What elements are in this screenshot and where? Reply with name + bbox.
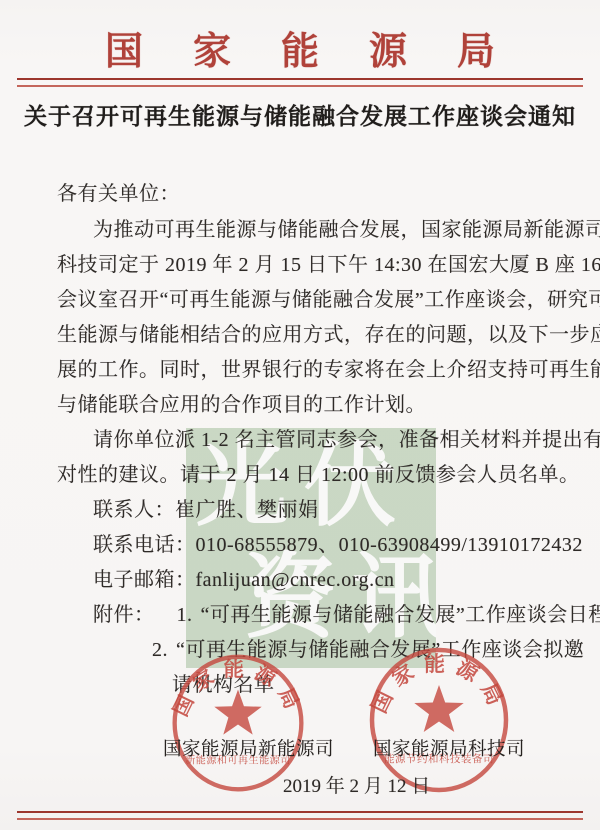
body-line: 为推动可再生能源与储能融合发展，国家能源局新能源司和 — [93, 218, 600, 242]
body-line: 请你单位派 1-2 名主管同志参会，准备相关材料并提出有针 — [93, 428, 600, 452]
doc-date: 2019 年 2 月 12 日 — [283, 771, 430, 798]
seal-star-icon — [214, 689, 261, 734]
body-line: 生能源与储能相结合的应用方式，存在的问题，以及下一步应开 — [57, 323, 600, 347]
document-page: 国家能源局 关于召开可再生能源与储能融合发展工作座谈会通知 光伏 资讯 各有关单… — [0, 0, 600, 830]
body-line: 与储能联合应用的合作项目的工作计划。 — [57, 393, 426, 417]
contact-phone-line: 联系电话：010-68555879、010-63908499/139101724… — [93, 533, 583, 557]
signature-right: 国家能源局科技司 — [373, 735, 525, 761]
body-line: 对性的建议。请于 2 月 14 日 12:00 前反馈参会人员名单。 — [57, 463, 580, 487]
contact-email-line: 电子邮箱：fanlijuan@cnrec.org.cn — [93, 568, 394, 592]
attachment-label: 附件： — [93, 604, 155, 626]
body-line: 会议室召开“可再生能源与储能融合发展”工作座谈会，研究可再 — [57, 288, 600, 312]
salutation: 各有关单位： — [57, 182, 180, 206]
contact-person-line: 联系人：崔广胜、樊丽娟 — [93, 498, 319, 522]
seal-star-icon — [414, 685, 463, 732]
attachment-line-1: 附件：1.“可再生能源与储能融合发展”工作座谈会日程 — [93, 603, 600, 627]
body-line: 展的工作。同时，世界银行的专家将在会上介绍支持可再生能源 — [57, 358, 600, 382]
agency-header: 国家能源局 — [0, 20, 600, 75]
attachment-item1-text: “可再生能源与储能融合发展”工作座谈会日程 — [201, 604, 600, 626]
footer-rule — [17, 811, 583, 820]
watermark-row-2: 资讯 — [244, 546, 436, 650]
body-line: 科技司定于 2019 年 2 月 15 日下午 14:30 在国宏大厦 B 座 … — [57, 253, 600, 277]
signature-left: 国家能源局新能源司 — [163, 735, 334, 761]
doc-title: 关于召开可再生能源与储能融合发展工作座谈会通知 — [0, 98, 600, 131]
header-rule — [17, 78, 583, 87]
attachment-item1-num: 1. — [177, 604, 193, 626]
